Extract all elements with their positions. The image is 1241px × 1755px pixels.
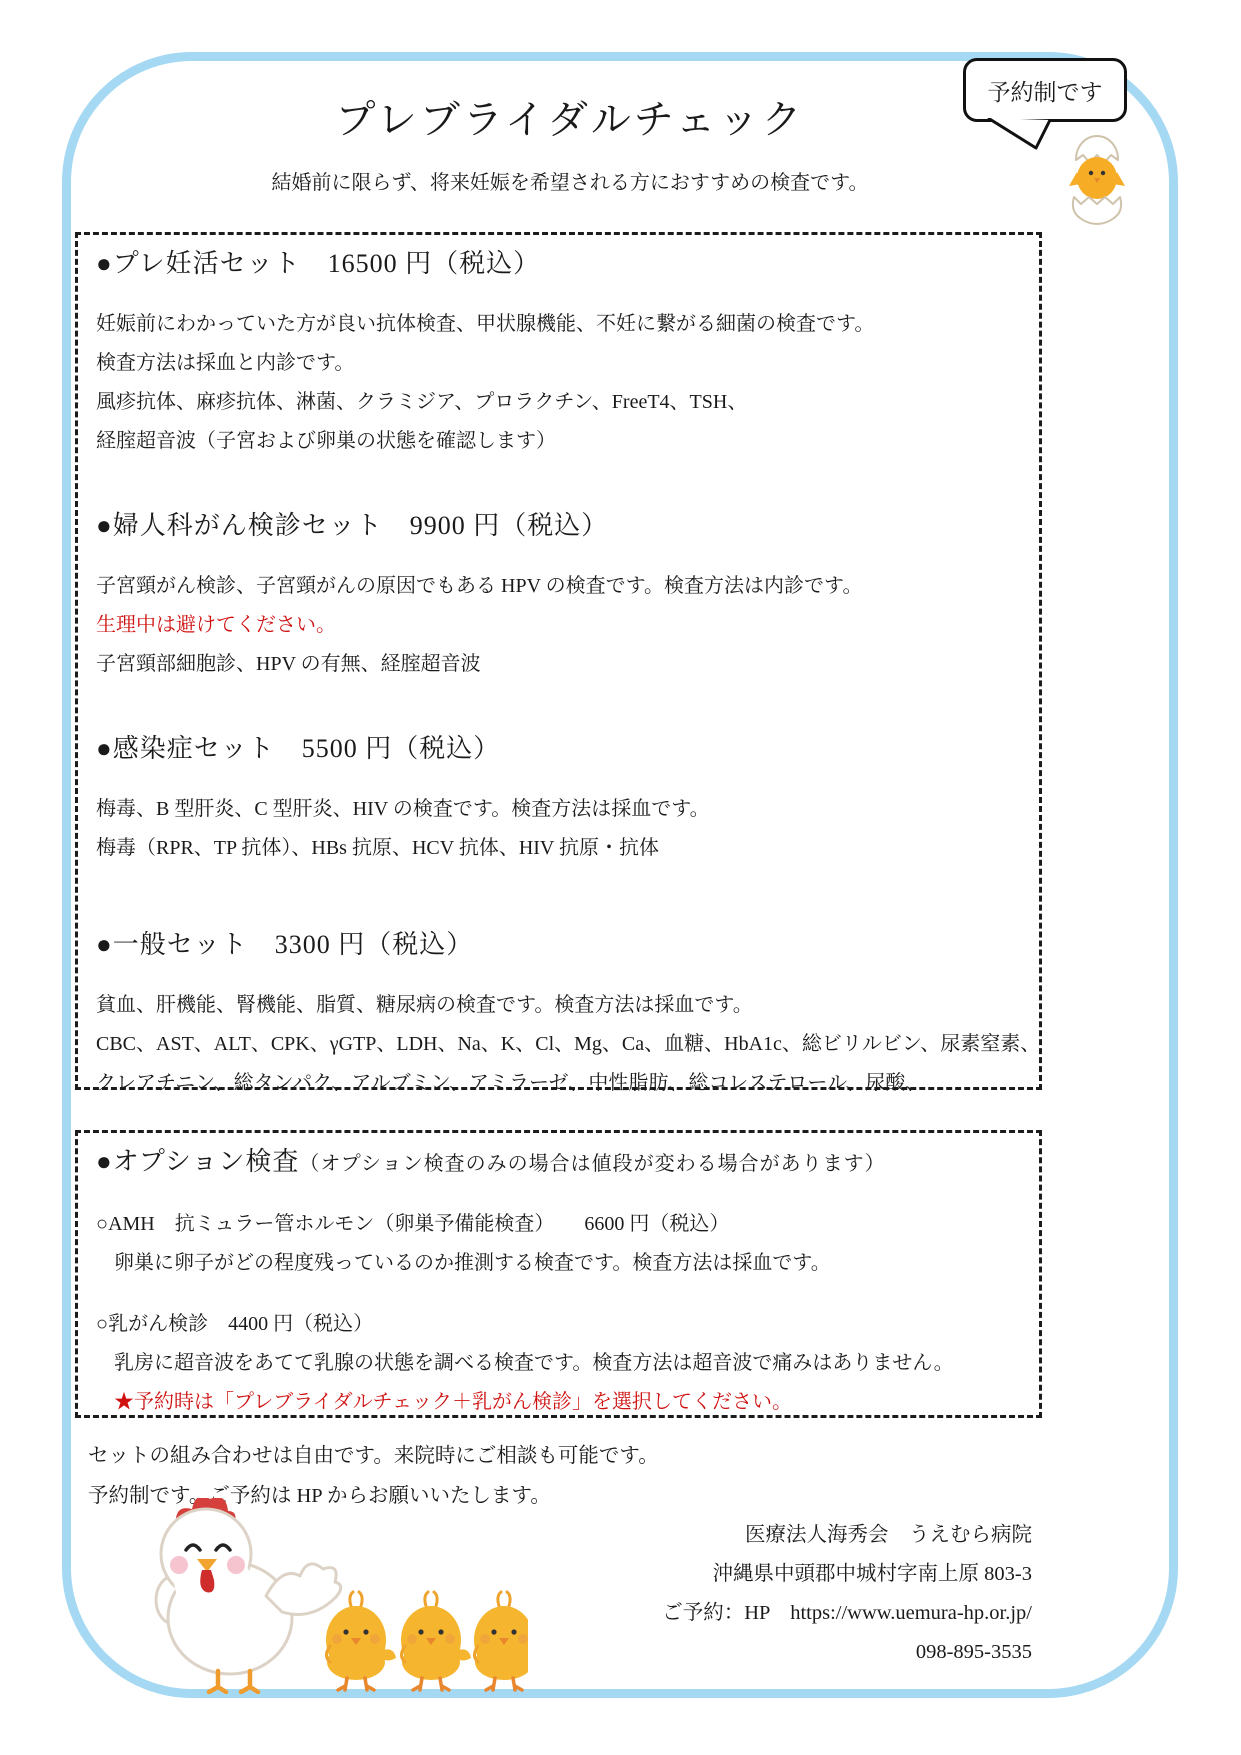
speech-bubble-text: 予約制です bbox=[988, 74, 1103, 107]
set-line: 経腟超音波（子宮および卵巣の状態を確認します） bbox=[96, 422, 1021, 461]
exam-sets-box: ●プレ妊活セット 16500 円（税込） 妊娠前にわかっていた方が良い抗体検査、… bbox=[75, 232, 1042, 1090]
hospital-phone: 098-895-3535 bbox=[582, 1633, 1032, 1672]
set-line: クレアチニン、総タンパク、アルブミン、アミラーゼ、中性脂肪、総コレステロール、尿… bbox=[96, 1064, 1021, 1103]
footer-note-1: セットの組み合わせは自由です。来院時にご相談も可能です。 bbox=[88, 1438, 659, 1468]
set-infection-heading: ●感染症セット 5500 円（税込） bbox=[96, 734, 1021, 764]
set-general-heading: ●一般セット 3300 円（税込） bbox=[96, 930, 1021, 960]
subtitle: 結婚前に限らず、将来妊娠を希望される方におすすめの検査です。 bbox=[0, 166, 1140, 195]
set-line: 子宮頸がん検診、子宮頸がんの原因でもある HPV の検査です。検査方法は内診です… bbox=[96, 567, 1021, 606]
set-line: 妊娠前にわかっていた方が良い抗体検査、甲状腺機能、不妊に繋がる細菌の検査です。 bbox=[96, 305, 1021, 344]
option-desc: 乳房に超音波をあてて乳腺の状態を調べる検査です。検査方法は超音波で痛みはありませ… bbox=[96, 1344, 1021, 1383]
set-line: 風疹抗体、麻疹抗体、淋菌、クラミジア、プロラクチン、FreeT4、TSH、 bbox=[96, 383, 1021, 422]
option-item-amh: ○AMH 抗ミュラー管ホルモン（卵巣予備能検査） 6600 円（税込） 卵巣に卵… bbox=[96, 1205, 1021, 1283]
option-title: ○乳がん検診 4400 円（税込） bbox=[96, 1305, 1021, 1344]
option-booking-note: ★予約時は「プレブライダルチェック＋乳がん検診」を選択してください。 bbox=[96, 1383, 1021, 1422]
set-line-warning: 生理中は避けてください。 bbox=[96, 606, 1021, 645]
option-title: ○AMH 抗ミュラー管ホルモン（卵巣予備能検査） 6600 円（税込） bbox=[96, 1205, 1021, 1244]
hen-and-chicks-illustration bbox=[148, 1498, 528, 1694]
speech-bubble-tail bbox=[984, 118, 1056, 154]
set-line: 検査方法は採血と内診です。 bbox=[96, 344, 1021, 383]
option-exams-box: ●オプション検査（オプション検査のみの場合は値段が変わる場合があります） ○AM… bbox=[75, 1130, 1042, 1418]
set-gyn-cancer-heading: ●婦人科がん検診セット 9900 円（税込） bbox=[96, 511, 1021, 541]
hospital-website: ご予約：HP https://www.uemura-hp.or.jp/ bbox=[582, 1594, 1032, 1633]
hen-icon bbox=[156, 1498, 341, 1692]
set-gyn-cancer: ●婦人科がん検診セット 9900 円（税込） 子宮頸がん検診、子宮頸がんの原因で… bbox=[96, 511, 1021, 684]
set-infection: ●感染症セット 5500 円（税込） 梅毒、B 型肝炎、C 型肝炎、HIV の検… bbox=[96, 734, 1021, 868]
set-line: CBC、AST、ALT、CPK、γGTP、LDH、Na、K、Cl、Mg、Ca、血… bbox=[96, 1025, 1021, 1064]
hospital-address: 沖縄県中頭郡中城村字南上原 803-3 bbox=[582, 1555, 1032, 1594]
set-pre-pregnancy-heading: ●プレ妊活セット 16500 円（税込） bbox=[96, 249, 1021, 279]
reservation-speech-bubble: 予約制です bbox=[963, 58, 1127, 122]
option-desc: 卵巣に卵子がどの程度残っているのか推測する検査です。検査方法は採血です。 bbox=[96, 1244, 1021, 1283]
chick-icon bbox=[326, 1592, 396, 1690]
option-heading: ●オプション検査（オプション検査のみの場合は値段が変わる場合があります） bbox=[96, 1147, 1021, 1179]
set-line: 梅毒（RPR、TP 抗体）、HBs 抗原、HCV 抗体、HIV 抗原・抗体 bbox=[96, 829, 1021, 868]
set-line: 貧血、肝機能、腎機能、脂質、糖尿病の検査です。検査方法は採血です。 bbox=[96, 986, 1021, 1025]
option-heading-note: （オプション検査のみの場合は値段が変わる場合があります） bbox=[299, 1153, 885, 1175]
hospital-name: 医療法人海秀会 うえむら病院 bbox=[582, 1516, 1032, 1555]
option-item-breast: ○乳がん検診 4400 円（税込） 乳房に超音波をあてて乳腺の状態を調べる検査で… bbox=[96, 1305, 1021, 1422]
chick-icon bbox=[474, 1592, 528, 1690]
set-line: 子宮頸部細胞診、HPV の有無、経腟超音波 bbox=[96, 645, 1021, 684]
hospital-info: 医療法人海秀会 うえむら病院 沖縄県中頭郡中城村字南上原 803-3 ご予約：H… bbox=[582, 1516, 1032, 1672]
set-line: 梅毒、B 型肝炎、C 型肝炎、HIV の検査です。検査方法は採血です。 bbox=[96, 790, 1021, 829]
set-general: ●一般セット 3300 円（税込） 貧血、肝機能、腎機能、脂質、糖尿病の検査です… bbox=[96, 930, 1021, 1103]
set-pre-pregnancy: ●プレ妊活セット 16500 円（税込） 妊娠前にわかっていた方が良い抗体検査、… bbox=[96, 249, 1021, 461]
option-heading-main: ●オプション検査 bbox=[96, 1147, 299, 1176]
chick-icon bbox=[401, 1592, 471, 1690]
